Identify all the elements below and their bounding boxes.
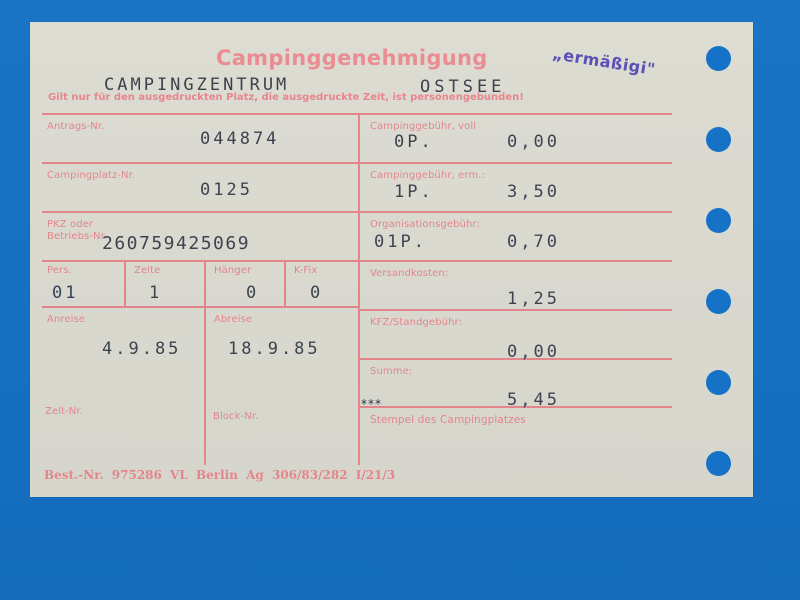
anreise-value: 4.9.85 [102, 339, 181, 359]
divider [360, 309, 672, 311]
divider [204, 260, 206, 465]
divider [360, 211, 672, 213]
summe-label: Summe: [370, 366, 412, 377]
divider [124, 260, 126, 306]
divider [42, 113, 672, 115]
pkz-value: 260759425069 [102, 233, 250, 254]
punch-hole [706, 451, 731, 476]
zelte-label: Zelte [134, 265, 160, 276]
pkz-label-line1: PKZ oder [47, 219, 93, 230]
punch-hole [706, 289, 731, 314]
versand-amount: 1,25 [507, 289, 560, 309]
anreise-label: Anreise [47, 314, 85, 325]
summe-amount: 5,45 [507, 390, 560, 410]
divider [284, 260, 286, 306]
punch-hole [706, 46, 731, 71]
punch-hole [706, 208, 731, 233]
gebuehr-voll-persons: 0P. [394, 132, 434, 152]
divider [42, 260, 358, 262]
gebuehr-erm-label: Campinggebühr, erm.: [370, 170, 485, 181]
antrags-nr-label: Antrags-Nr. [47, 121, 104, 132]
kfix-value: 0 [310, 283, 323, 303]
zelte-value: 1 [149, 283, 162, 303]
zelt-nr-label: Zelt-Nr. [45, 406, 83, 417]
divider [358, 113, 360, 465]
camping-permit-card: Campinggenehmigung CAMPINGZENTRUM OSTSEE… [30, 22, 753, 497]
gebuehr-erm-amount: 3,50 [507, 182, 560, 202]
divider [360, 162, 672, 164]
abreise-value: 18.9.85 [228, 339, 321, 359]
divider [42, 306, 358, 308]
divider [42, 211, 358, 213]
abreise-label: Abreise [214, 314, 252, 325]
organisation-label: Organisationsgebühr: [370, 219, 480, 230]
campingplatz-nr-value: 0125 [200, 180, 253, 200]
stempel-label: Stempel des Campingplatzes [370, 414, 526, 426]
haenger-label: Hänger [214, 265, 251, 276]
campingplatz-nr-label: Campingplatz-Nr. [47, 170, 135, 181]
punch-hole [706, 370, 731, 395]
gebuehr-voll-amount: 0,00 [507, 132, 560, 152]
pers-label: Pers. [47, 265, 72, 276]
print-reference-footer: Best.-Nr. 975286 VL Berlin Ag 306/83/282… [44, 468, 395, 482]
kfz-label: KFZ/Standgebühr: [370, 317, 462, 328]
antrags-nr-value: 044874 [200, 129, 279, 149]
pkz-label-line2: Betriebs-Nr. [47, 231, 107, 242]
document-subtitle: Gilt nur für den ausgedruckten Platz, di… [48, 92, 524, 103]
organisation-amount: 0,70 [507, 232, 560, 252]
punch-hole [706, 127, 731, 152]
divider [360, 260, 672, 262]
versand-label: Versandkosten: [370, 268, 448, 279]
document-title: Campinggenehmigung [216, 46, 488, 70]
block-nr-label: Block-Nr. [213, 411, 258, 422]
kfix-label: K-Fix [294, 265, 317, 276]
gebuehr-erm-persons: 1P. [394, 182, 434, 202]
kfz-amount: 0,00 [507, 342, 560, 362]
discount-stamp: „ermäßigi" [551, 44, 657, 79]
organisation-persons: 01P. [374, 232, 427, 252]
pers-value: 01 [52, 283, 78, 303]
gebuehr-voll-label: Campinggebühr, voll [370, 121, 476, 132]
summe-prefix-stars: *** [361, 397, 382, 411]
divider [42, 162, 358, 164]
haenger-value: 0 [246, 283, 259, 303]
